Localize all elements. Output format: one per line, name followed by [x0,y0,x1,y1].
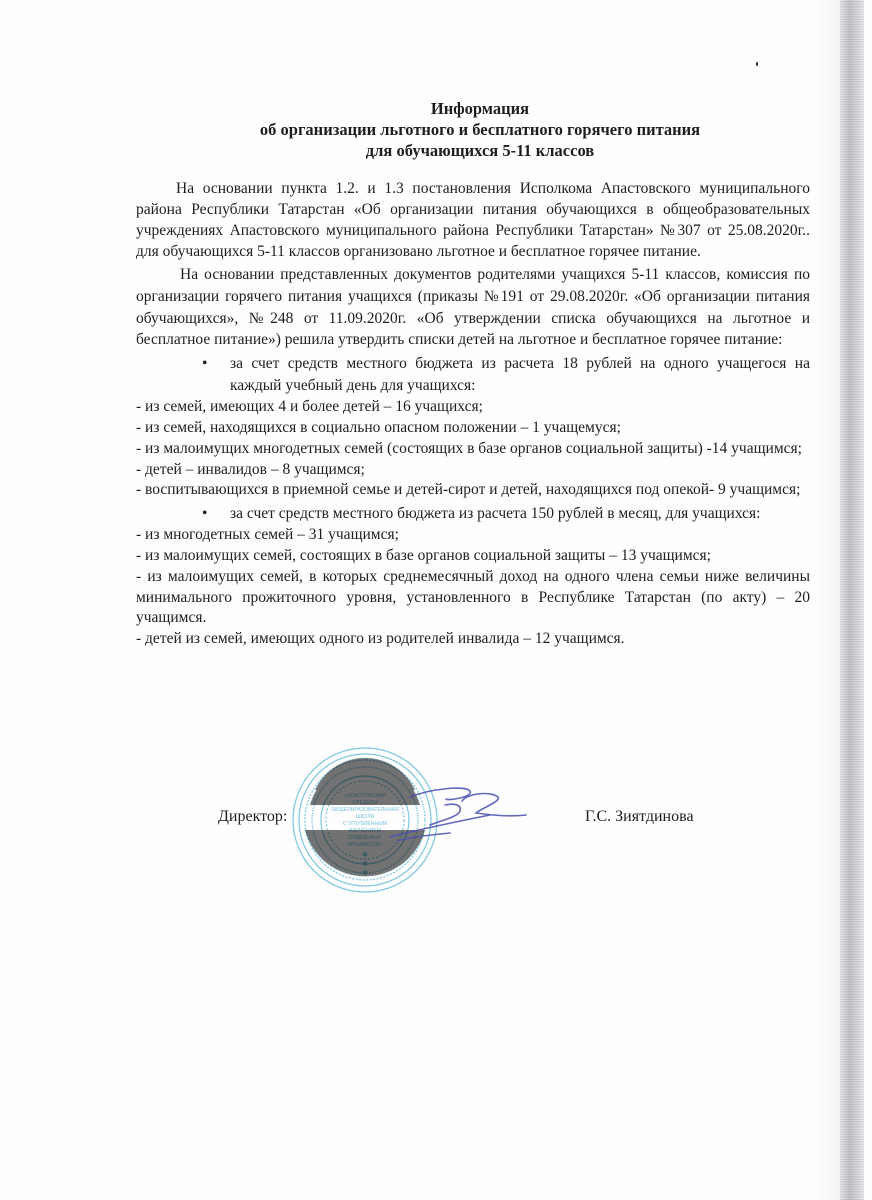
document-body: На основании пункта 1.2. и 1.3 постановл… [136,178,810,650]
list-item: - из семей, находящихся в социально опас… [136,418,810,439]
section-1-bullet: • за счет средств местного бюджета из ра… [136,353,810,397]
scan-speck [756,62,758,66]
title-line-2: об организации льготного и бесплатного г… [140,119,820,140]
list-item: - из малоимущих семей, в которых среднем… [136,567,810,629]
list-item: - из малоимущих семей, состоящих в базе … [136,546,810,567]
bullet-icon: • [202,503,207,525]
director-label: Директор: [218,808,287,826]
list-item: - из семей, имеющих 4 и более детей – 16… [136,397,810,418]
paragraph-1: На основании пункта 1.2. и 1.3 постановл… [136,178,810,262]
bullet-icon: • [202,353,207,375]
director-name: Г.С. Зиятдинова [585,808,694,826]
document-title: Информация об организации льготного и бе… [140,98,820,161]
section-1-bullet-text: за счет средств местного бюджета из расч… [230,355,810,394]
signature-row: Директор: Г.С. Зиятдинова [0,800,872,840]
scan-edge-artifact [840,0,864,1200]
list-item: - детей из семей, имеющих одного из роди… [136,629,810,650]
list-item: - из малоимущих многодетных семей (состо… [136,439,810,460]
scan-shadow [812,0,840,1200]
section-2-bullet-text: за счет средств местного бюджета из расч… [230,505,760,522]
list-item: - из многодетных семей – 31 учащимся; [136,525,810,546]
section-2-bullet: • за счет средств местного бюджета из ра… [136,503,810,525]
title-line-1: Информация [140,98,820,119]
list-item: - воспитывающихся в приемной семье и дет… [136,480,810,501]
list-item: - детей – инвалидов – 8 учащимся; [136,460,810,481]
paragraph-2: На основании представленных документов р… [136,264,810,351]
title-line-3: для обучающихся 5-11 классов [140,140,820,161]
document-page: Информация об организации льготного и бе… [0,0,872,1200]
